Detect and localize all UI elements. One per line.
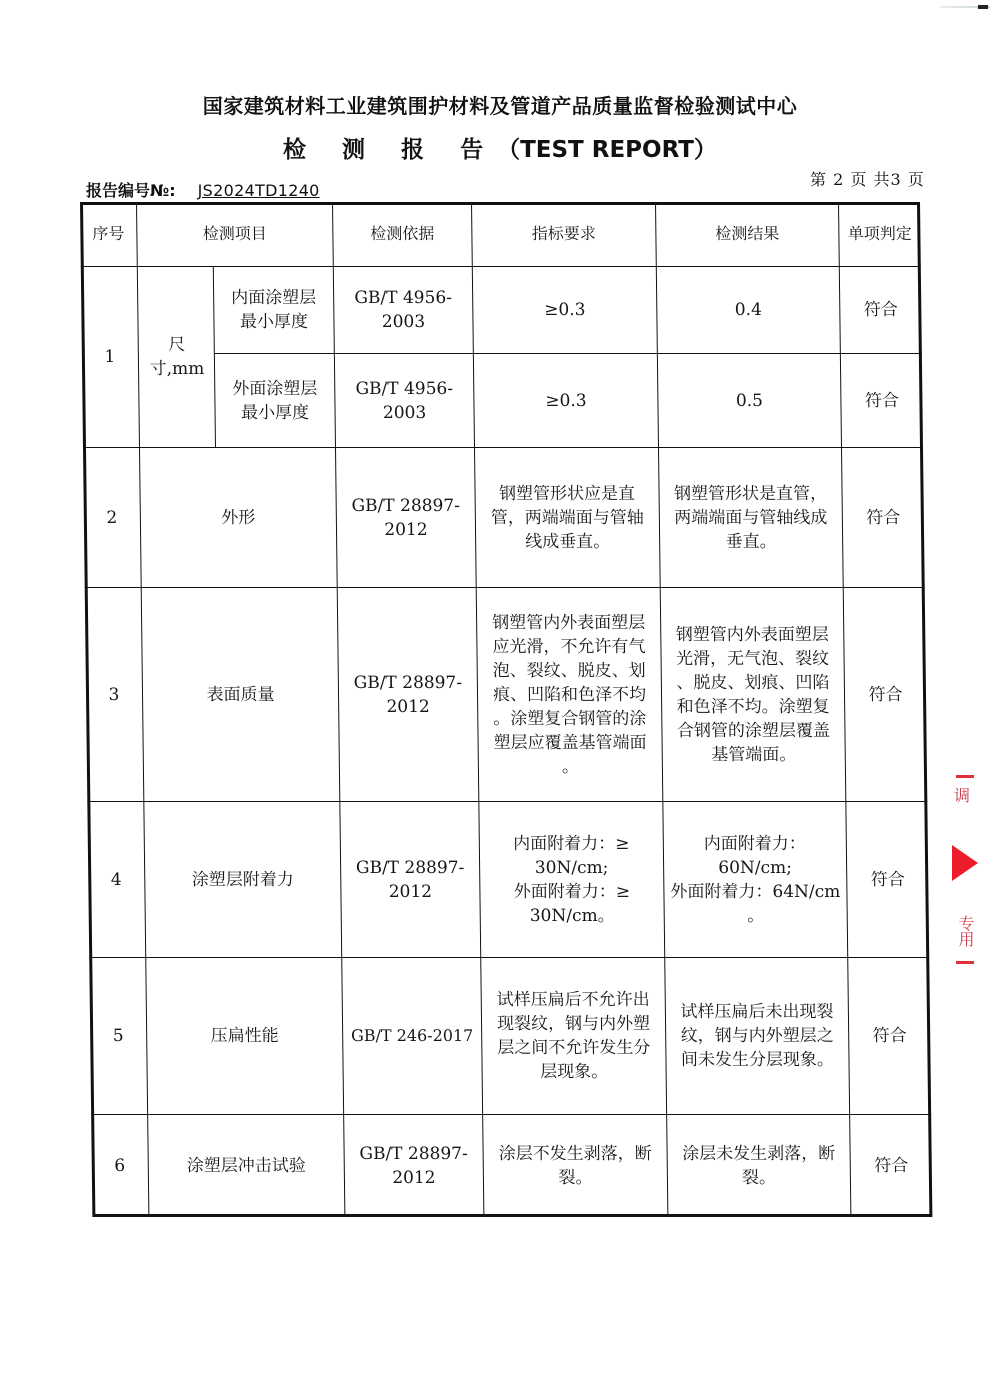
row-6-judgement: 符合: [850, 1115, 932, 1217]
row-4-result: 内面附着力： 60N/cm; 外面附着力：64N/cm 。: [663, 802, 848, 958]
star-icon: [952, 845, 978, 881]
column-header-requirement: 指标要求: [472, 202, 657, 267]
row-6-basis: GB/T 28897- 2012: [344, 1115, 484, 1217]
row-1b-requirement: ≥0.3: [474, 354, 659, 448]
row-1a-result: 0.4: [657, 267, 841, 354]
stamp-bar-top: [956, 775, 974, 778]
seal-stamp: 调 专用: [950, 775, 980, 970]
row-3-basis: GB/T 28897- 2012: [338, 588, 480, 802]
row-2-result: 钢塑管形状是直管， 两端端面与管轴线成 垂直。: [659, 448, 844, 588]
column-header-result: 检测结果: [656, 202, 840, 267]
row-3-judgement: 符合: [844, 588, 928, 802]
row-5-no: 5: [89, 958, 148, 1115]
row-3-result: 钢塑管内外表面塑层 光滑，无气泡、裂纹 、脱皮、划痕、凹陷 和色泽不均。涂塑复 …: [661, 588, 847, 802]
row-2-requirement: 钢塑管形状应是直 管，两端端面与管轴 线成垂直。: [475, 448, 661, 588]
row-2-item: 外形: [140, 448, 338, 588]
row-5-result: 试样压扁后未出现裂 纹，钢与内外塑层之 间未发生分层现象。: [665, 958, 850, 1115]
row-1b-result: 0.5: [658, 354, 842, 448]
column-header-basis: 检测依据: [333, 202, 473, 267]
report-number-value: JS2024TD1240: [198, 181, 320, 200]
row-6-result: 涂层未发生剥落，断 裂。: [667, 1115, 851, 1217]
row-2-judgement: 符合: [842, 448, 925, 588]
organization-title: 国家建筑材料工业建筑围护材料及管道产品质量监督检验测试中心: [0, 90, 1000, 119]
row-5-judgement: 符合: [848, 958, 931, 1115]
row-3-no: 3: [85, 588, 145, 802]
row-3-requirement: 钢塑管内外表面塑层 应光滑，不允许有气 泡、裂纹、脱皮、划 痕、凹陷和色泽不均 …: [477, 588, 664, 802]
row-1a-basis: GB/T 4956- 2003: [334, 267, 474, 354]
row-6-requirement: 涂层不发生剥落，断 裂。: [483, 1115, 668, 1217]
report-number-label: 报告编号№:: [86, 181, 176, 200]
row-5-basis: GB/T 246-2017: [342, 958, 483, 1115]
row-4-requirement: 内面附着力：≥ 30N/cm; 外面附着力：≥ 30N/cm。: [479, 802, 665, 958]
column-header-no: 序号: [80, 202, 138, 267]
column-header-item: 检测项目: [137, 202, 334, 267]
stamp-bar-bottom: [956, 961, 974, 964]
row-1b-sub-item: 外面涂塑层 最小厚度: [215, 354, 336, 448]
row-1b-basis: GB/T 4956- 2003: [335, 354, 475, 448]
column-header-judgement: 单项判定: [839, 202, 921, 267]
report-title: 检 测 报 告（TEST REPORT）: [0, 131, 1000, 164]
report-title-en: （TEST REPORT）: [497, 137, 717, 163]
test-results-table: 序号 检测项目 检测依据 指标要求 检测结果 单项判定 1 尺寸,mm 内面涂塑…: [80, 202, 932, 1217]
report-title-cn: 检 测 报 告: [283, 137, 497, 163]
row-2-no: 2: [83, 448, 142, 588]
page-indicator: 第 2 页 共3 页: [810, 167, 925, 190]
row-2-basis: GB/T 28897- 2012: [336, 448, 477, 588]
row-1b-judgement: 符合: [841, 354, 923, 448]
row-1-item: 尺寸,mm: [138, 267, 216, 448]
stamp-text-top: 调: [954, 783, 970, 806]
report-number: 报告编号№:JS2024TD1240: [86, 178, 320, 201]
row-4-no: 4: [87, 802, 146, 958]
row-1a-judgement: 符合: [840, 267, 922, 354]
row-5-requirement: 试样压扁后不允许出 现裂纹，钢与内外塑 层之间不允许发生分 层现象。: [481, 958, 667, 1115]
row-4-basis: GB/T 28897- 2012: [340, 802, 481, 958]
row-5-item: 压扁性能: [146, 958, 344, 1115]
row-6-item: 涂塑层冲击试验: [148, 1115, 345, 1217]
row-6-no: 6: [91, 1115, 149, 1217]
row-1a-requirement: ≥0.3: [473, 267, 658, 354]
row-3-item: 表面质量: [142, 588, 341, 802]
stamp-text-bottom: 专用: [954, 915, 977, 947]
scan-edge-mark: [940, 6, 990, 8]
row-4-judgement: 符合: [846, 802, 929, 958]
row-4-item: 涂塑层附着力: [144, 802, 342, 958]
row-1-no: 1: [81, 267, 140, 448]
row-1a-sub-item: 内面涂塑层 最小厚度: [214, 267, 335, 354]
